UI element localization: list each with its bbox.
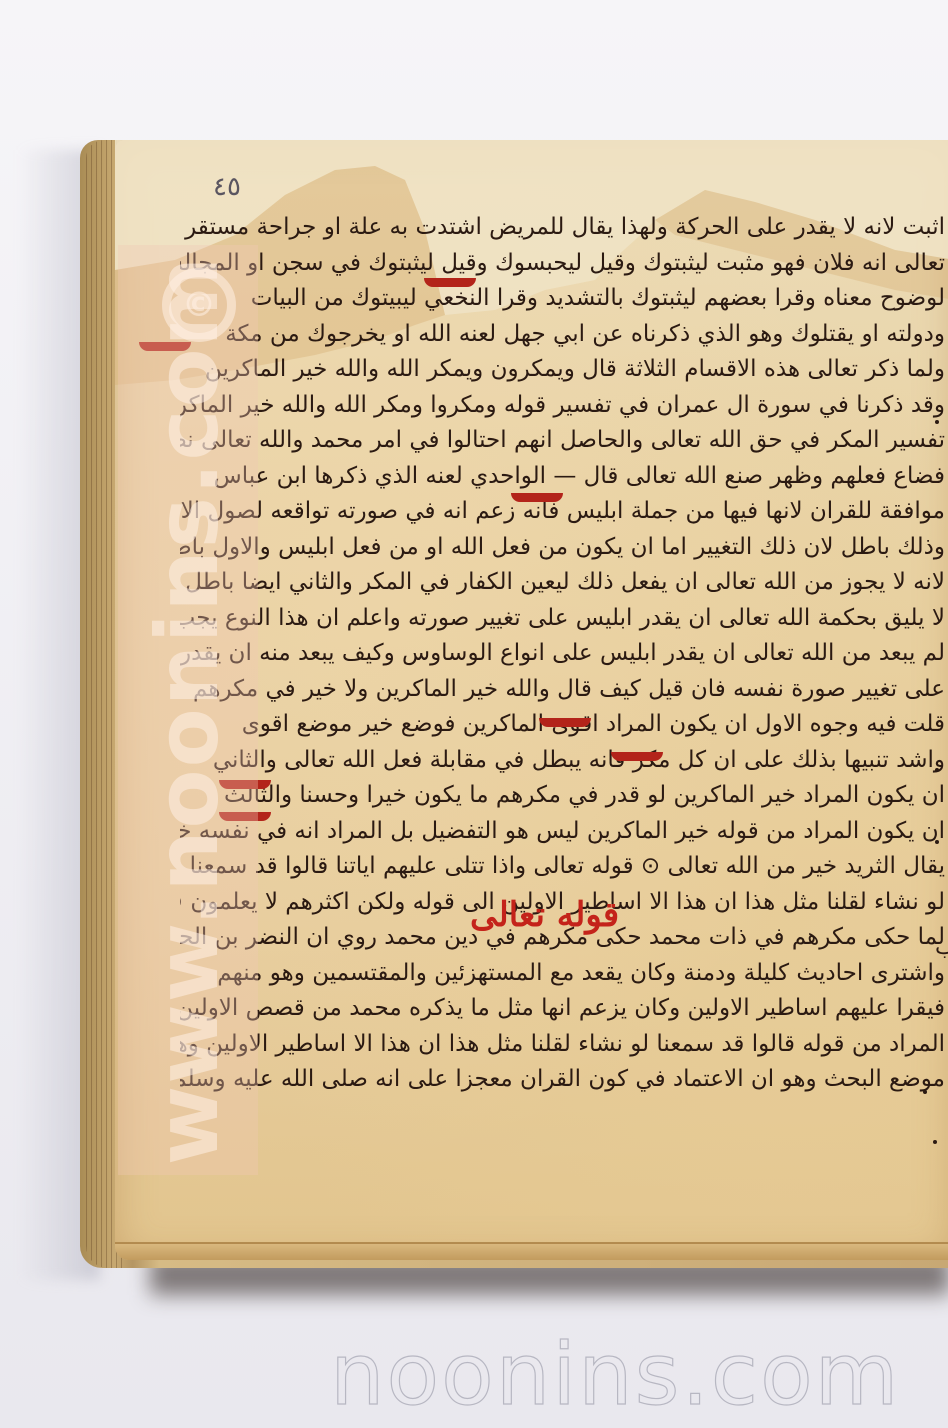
text-line-5: ولما ذكر تعالى هذه الاقسام الثلاثة قال و…: [180, 352, 945, 388]
watermark-vertical-text: www.noonins.com: [138, 255, 238, 1165]
text-line-9: موافقة للقران لانها فيها من جملة ابليس ف…: [180, 494, 945, 530]
red-overline-1: [424, 278, 476, 287]
text-line-1: اثبت لانه لا يقدر على الحركة ولهذا يقال …: [180, 210, 945, 246]
margin-dot: [923, 1090, 927, 1094]
manuscript-text-block: اثبت لانه لا يقدر على الحركة ولهذا يقال …: [180, 210, 945, 1098]
margin-dot: [935, 768, 939, 772]
margin-dot: [935, 420, 939, 424]
text-line-13: لم يبعد من الله تعالى ان يقدر ابليس على …: [180, 636, 945, 672]
text-line-6: وقد ذكرنا في سورة ال عمران في تفسير قوله…: [180, 388, 945, 424]
text-line-3: لوضوح معناه وقرا بعضهم ليثبتوك بالتشديد …: [180, 281, 945, 317]
text-line-18: ان يكون المراد من قوله خير الماكرين ليس …: [180, 814, 945, 850]
watermark-bottom-text: noonins.com: [330, 1325, 900, 1425]
text-line-16: واشد تنبيها بذلك على ان كل مكر فانه يبطل…: [180, 743, 945, 779]
red-overline-4: [539, 718, 591, 727]
text-line-25: موضع البحث وهو ان الاعتماد في كون القران…: [180, 1062, 945, 1098]
margin-flourish: ب: [935, 935, 948, 960]
text-line-8: فضاع فعلهم وظهر صنع الله تعالى قال — الو…: [180, 459, 945, 495]
text-line-23: فيقرا عليهم اساطير الاولين وكان يزعم انه…: [180, 991, 945, 1027]
text-line-7: تفسير المكر في حق الله تعالى والحاصل انه…: [180, 423, 945, 459]
text-line-11: لانه لا يجوز من الله تعالى ان يفعل ذلك ل…: [180, 565, 945, 601]
margin-dot: [933, 1140, 937, 1144]
text-line-2: تعالى انه فلان فهو مثبت ليثبتوك وقيل ليح…: [180, 246, 945, 282]
text-line-12: لا يليق بحكمة الله تعالى ان يقدر ابليس ع…: [180, 601, 945, 637]
text-line-10: وذلك باطل لان ذلك التغيير اما ان يكون من…: [180, 530, 945, 566]
text-line-4: ودولته او يقتلوك وهو الذي ذكرناه عن ابي …: [180, 317, 945, 353]
rubric-heading: قوله تعالى: [460, 895, 629, 935]
red-overline-3: [511, 493, 563, 502]
text-line-22: واشترى احاديث كليلة ودمنة وكان يقعد مع ا…: [180, 956, 945, 992]
text-line-19: يقال الثريد خير من الله تعالى ⊙ قوله تعا…: [180, 849, 945, 885]
margin-dot: [935, 840, 939, 844]
red-overline-5: [611, 752, 663, 761]
folio-number: ٤٥: [213, 172, 241, 202]
text-line-17: ان يكون المراد خير الماكرين لو قدر في مك…: [180, 778, 945, 814]
text-line-14: على تغيير صورة نفسه فان قيل كيف قال والل…: [180, 672, 945, 708]
heading-qawluhu-taala: قوله تعالى: [460, 895, 629, 935]
text-line-24: المراد من قوله قالوا قد سمعنا لو نشاء لق…: [180, 1027, 945, 1063]
